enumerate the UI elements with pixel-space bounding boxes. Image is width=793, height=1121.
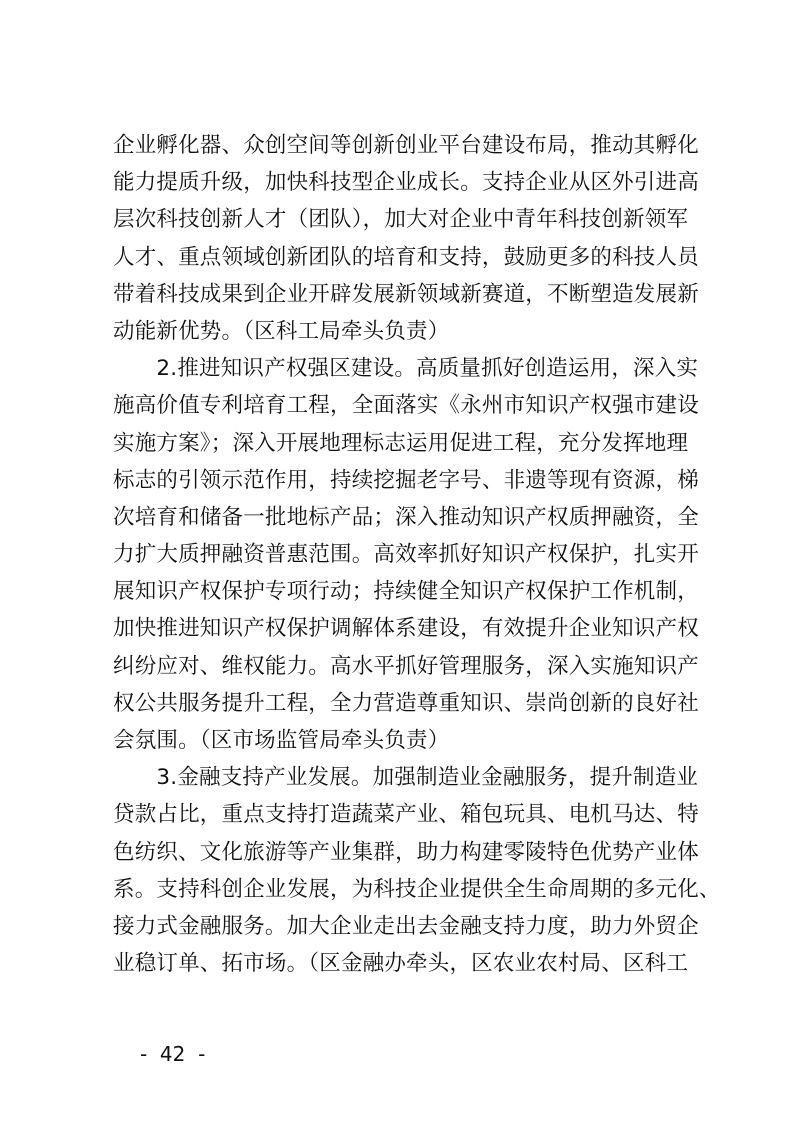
text-line: 标志的引领示范作用，持续挖掘老字号、非遗等现有资源，梯 [113, 462, 685, 499]
text-line: 能力提质升级，加快科技型企业成长。支持企业从区外引进高 [113, 164, 685, 201]
text-line: 色纺织、文化旅游等产业集群，助力构建零陵特色优势产业体 [113, 834, 685, 871]
text-line: 加快推进知识产权保护调解体系建设，有效提升企业知识产权 [113, 610, 685, 647]
page-number: - 42 - [140, 1040, 205, 1068]
text-line: 力扩大质押融资普惠范围。高效率抓好知识产权保护，扎实开 [113, 536, 685, 573]
text-line: 权公共服务提升工程，全力营造尊重知识、崇尚创新的良好社 [113, 685, 685, 722]
text-line: 层次科技创新人才（团队），加大对企业中青年科技创新领军 [113, 201, 685, 238]
section-heading-line: 2.推进知识产权强区建设。高质量抓好创造运用，深入实 [113, 350, 685, 387]
text-line: 系。支持科创企业发展，为科技企业提供全生命周期的多元化、 [113, 871, 685, 908]
text-line: 纠纷应对、维权能力。高水平抓好管理服务，深入实施知识产 [113, 648, 685, 685]
document-page: 企业孵化器、众创空间等创新创业平台建设布局，推动其孵化 能力提质升级，加快科技型… [0, 0, 793, 1121]
text-line: 接力式金融服务。加大企业走出去金融支持力度，助力外贸企 [113, 908, 685, 945]
text-line: 带着科技成果到企业开辟发展新领域新赛道，不断塑造发展新 [113, 276, 685, 313]
text-line: 施高价值专利培育工程，全面落实《永州市知识产权强市建设 [113, 387, 685, 424]
text-line: 次培育和储备一批地标产品；深入推动知识产权质押融资，全 [113, 499, 685, 536]
text-line: 贷款占比，重点支持打造蔬菜产业、箱包玩具、电机马达、特 [113, 796, 685, 833]
text-line: 企业孵化器、众创空间等创新创业平台建设布局，推动其孵化 [113, 127, 685, 164]
text-line: 人才、重点领域创新团队的培育和支持，鼓励更多的科技人员 [113, 239, 685, 276]
text-line: 会氛围。（区市场监管局牵头负责） [113, 722, 685, 759]
body-text: 企业孵化器、众创空间等创新创业平台建设布局，推动其孵化 能力提质升级，加快科技型… [113, 127, 685, 982]
section-heading-line: 3.金融支持产业发展。加强制造业金融服务，提升制造业 [113, 759, 685, 796]
text-line: 业稳订单、拓市场。（区金融办牵头，区农业农村局、区科工 [113, 945, 685, 982]
text-line: 动能新优势。（区科工局牵头负责） [113, 313, 685, 350]
text-line: 展知识产权保护专项行动；持续健全知识产权保护工作机制， [113, 573, 685, 610]
text-line: 实施方案》；深入开展地理标志运用促进工程，充分发挥地理 [113, 425, 685, 462]
